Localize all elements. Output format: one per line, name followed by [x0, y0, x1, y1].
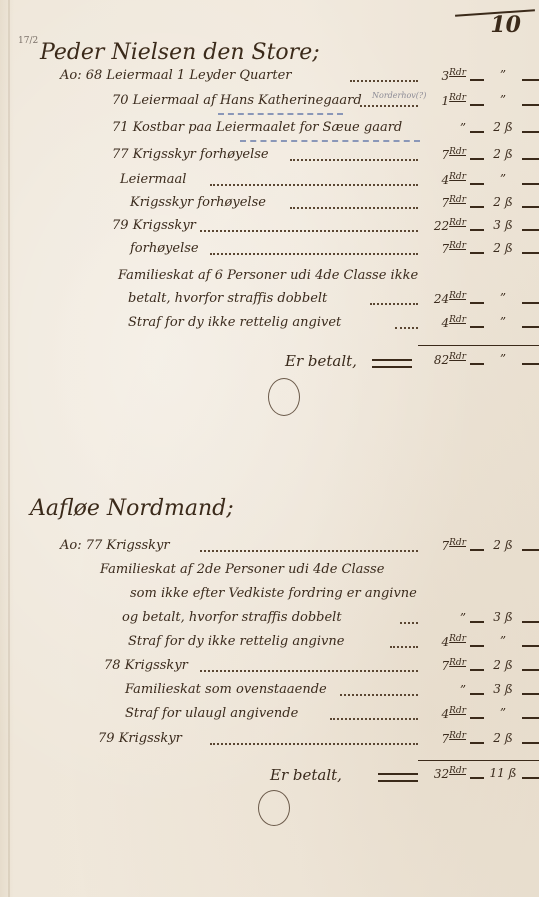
column-dash [522, 621, 539, 623]
entry-rdl: 4Rdr [420, 172, 466, 187]
total-label: Er betalt, [270, 766, 342, 784]
section2-row-2: som ikke efter Vedkiste fordring er angi… [0, 586, 539, 606]
section2-row-4: Straf for dy ikke rettelig angivne 4Rdr … [0, 634, 539, 654]
leader-dots [330, 718, 418, 720]
entry-sk: ” [488, 291, 518, 305]
column-dash [470, 326, 484, 328]
column-dash [522, 777, 539, 779]
manuscript-page: 10 17/2 Peder Nielsen den Store; Norderh… [0, 0, 539, 897]
entry-sk: 3 ß [488, 610, 518, 624]
column-dash [470, 549, 484, 551]
entry-year: Ao: 68 [60, 68, 102, 83]
entry-sk: 2 ß [488, 120, 518, 134]
column-dash [470, 206, 484, 208]
entry-rdl: 7Rdr [420, 658, 466, 673]
leader-dots [200, 670, 418, 672]
leader-dots [370, 303, 418, 305]
column-dash [522, 131, 539, 133]
entry-year: 78 [104, 658, 121, 673]
entry-text: Straf for dy ikke rettelig angivet [128, 315, 341, 330]
entry-text: som ikke efter Vedkiste fordring er angi… [130, 586, 417, 601]
leader-dots [340, 694, 418, 696]
column-dash [470, 131, 484, 133]
entry-rdl: 4Rdr [420, 634, 466, 649]
entry-text: Kostbar paa Leiermaalet for Sæue gaard [133, 120, 403, 135]
column-dash [522, 302, 539, 304]
entry-sk: ” [488, 172, 518, 186]
double-rule [372, 359, 412, 368]
double-rule [378, 773, 418, 782]
leader-dots [395, 327, 418, 329]
entry-sk: ” [488, 68, 518, 82]
entry-text: Krigsskyr [106, 538, 169, 553]
column-dash [470, 621, 484, 623]
entry-sk: ” [488, 93, 518, 107]
entry-year: 70 [112, 93, 129, 108]
leader-dots [210, 184, 418, 186]
entry-text: Straf for dy ikke rettelig angivne [128, 634, 344, 649]
section1-row-1: 70 Leiermaal af Hans Katherinegaard 1Rdr… [0, 93, 539, 113]
column-dash [522, 104, 539, 106]
entry-text: Krigsskyr forhøyelse [133, 147, 269, 162]
column-dash [522, 669, 539, 671]
column-dash [470, 183, 484, 185]
total-sk: 11 ß [488, 766, 518, 780]
entry-text: Familieskat som ovenstaaende [125, 682, 327, 697]
margin-note: 17/2 [18, 36, 38, 46]
entry-rdl: 4Rdr [420, 706, 466, 721]
flourish-loop [258, 790, 290, 826]
section1-row-2: 71 Kostbar paa Leiermaalet for Sæue gaar… [0, 120, 539, 140]
section2-row-5: 78 Krigsskyr 7Rdr 2 ß [0, 658, 539, 678]
total-rdl: 82Rdr [420, 352, 466, 367]
section1-row-3: 77 Krigsskyr forhøyelse 7Rdr 2 ß [0, 147, 539, 167]
leader-dots [400, 622, 418, 624]
entry-sk: 2 ß [488, 658, 518, 672]
section2-row-6: Familieskat som ovenstaaende ” 3 ß [0, 682, 539, 702]
column-dash [522, 252, 539, 254]
entry-text: Krigsskyr [119, 731, 182, 746]
column-dash [522, 742, 539, 744]
column-dash [522, 229, 539, 231]
entry-rdl: 22Rdr [420, 218, 466, 233]
entry-text: Straf for ulaugl angivende [125, 706, 298, 721]
column-dash [522, 79, 539, 81]
entry-rdl: 3Rdr [420, 68, 466, 83]
entry-text: Krigsskyr [125, 658, 188, 673]
leader-dots [350, 80, 418, 82]
entry-sk: 2 ß [488, 147, 518, 161]
column-dash [522, 693, 539, 695]
entry-text: Familieskat af 6 Personer udi 4de Classe… [118, 268, 418, 283]
flourish-loop [268, 378, 300, 416]
section1-row-4: Leiermaal 4Rdr ” [0, 172, 539, 192]
section1-row-7: forhøyelse 7Rdr 2 ß [0, 241, 539, 261]
leader-dots [290, 207, 418, 209]
total-sk: ” [488, 352, 518, 366]
column-dash [522, 363, 539, 365]
entry-text: forhøyelse [130, 241, 199, 256]
entry-rdl: ” [420, 610, 466, 625]
entry-rdl: ” [420, 682, 466, 697]
entry-text: betalt, hvorfor straffis dobbelt [128, 291, 327, 306]
entry-text: Krigsskyr [133, 218, 196, 233]
entry-year: 79 [112, 218, 129, 233]
leader-dots [390, 646, 418, 648]
entry-sk: 3 ß [488, 218, 518, 232]
column-dash [470, 252, 484, 254]
column-dash [522, 206, 539, 208]
entry-rdl: 1Rdr [420, 93, 466, 108]
column-dash [522, 549, 539, 551]
column-dash [470, 669, 484, 671]
entry-year: 79 [98, 731, 115, 746]
section2-total-row: Er betalt, 32Rdr 11 ß [0, 766, 539, 786]
column-dash [522, 717, 539, 719]
column-dash [470, 742, 484, 744]
section2-row-0: Ao: 77 Krigsskyr 7Rdr 2 ß [0, 538, 539, 558]
section1-row-6: 79 Krigsskyr 22Rdr 3 ß [0, 218, 539, 238]
entry-year: 71 [112, 120, 129, 135]
entry-sk: ” [488, 634, 518, 648]
column-dash [522, 645, 539, 647]
column-dash [522, 326, 539, 328]
total-rdl: 32Rdr [420, 766, 466, 781]
total-rule [418, 760, 539, 761]
section2-row-8: 79 Krigsskyr 7Rdr 2 ß [0, 731, 539, 751]
column-dash [522, 158, 539, 160]
section1-row-5: Krigsskyr forhøyelse 7Rdr 2 ß [0, 195, 539, 215]
total-rule [418, 345, 539, 346]
folio-number: 10 [490, 12, 521, 38]
entry-sk: 2 ß [488, 731, 518, 745]
entry-sk: 2 ß [488, 241, 518, 255]
section2-row-7: Straf for ulaugl angivende 4Rdr ” [0, 706, 539, 726]
section1-heading: Peder Nielsen den Store; [40, 40, 320, 65]
entry-text: og betalt, hvorfor straffis dobbelt [122, 610, 342, 625]
column-dash [470, 158, 484, 160]
entry-text: Familieskat af 2de Personer udi 4de Clas… [100, 562, 384, 577]
leader-dots [210, 743, 418, 745]
column-dash [470, 363, 484, 365]
column-dash [470, 302, 484, 304]
entry-year: 77 [112, 147, 129, 162]
section1-row-10: Straf for dy ikke rettelig angivet 4Rdr … [0, 315, 539, 335]
entry-sk: ” [488, 315, 518, 329]
entry-sk: 3 ß [488, 682, 518, 696]
section2-heading: Aafløe Nordmand; [30, 496, 234, 521]
section1-row-8: Familieskat af 6 Personer udi 4de Classe… [0, 268, 539, 288]
leader-dots [200, 230, 418, 232]
leader-dots [210, 253, 418, 255]
leader-dots [290, 159, 418, 161]
entry-text: Leiermaal [120, 172, 186, 187]
column-dash [470, 777, 484, 779]
entry-text: Leiermaal 1 Leyder Quarter [106, 68, 291, 83]
entry-year: Ao: 77 [60, 538, 102, 553]
entry-text: Krigsskyr forhøyelse [130, 195, 266, 210]
entry-rdl: ” [420, 120, 466, 135]
column-dash [470, 645, 484, 647]
entry-rdl: 7Rdr [420, 195, 466, 210]
section1-total-row: Er betalt, 82Rdr ” [0, 352, 539, 372]
entry-rdl: 7Rdr [420, 731, 466, 746]
section2-row-1: Familieskat af 2de Personer udi 4de Clas… [0, 562, 539, 582]
entry-rdl: 4Rdr [420, 315, 466, 330]
blue-underline [218, 113, 343, 115]
entry-rdl: 7Rdr [420, 538, 466, 553]
leader-dots [360, 105, 418, 107]
entry-rdl: 7Rdr [420, 241, 466, 256]
entry-sk: 2 ß [488, 195, 518, 209]
column-dash [470, 717, 484, 719]
leader-dots [200, 550, 418, 552]
entry-rdl: 7Rdr [420, 147, 466, 162]
column-dash [470, 79, 484, 81]
entry-sk: 2 ß [488, 538, 518, 552]
blue-underline [240, 140, 420, 142]
section1-row-9: betalt, hvorfor straffis dobbelt 24Rdr ” [0, 291, 539, 311]
entry-sk: ” [488, 706, 518, 720]
column-dash [522, 183, 539, 185]
column-dash [470, 229, 484, 231]
total-label: Er betalt, [285, 352, 357, 370]
entry-text: Leiermaal af Hans Katherinegaard [133, 93, 362, 108]
column-dash [470, 693, 484, 695]
column-dash [470, 104, 484, 106]
entry-rdl: 24Rdr [420, 291, 466, 306]
section1-row-0: Ao: 68 Leiermaal 1 Leyder Quarter 3Rdr ” [0, 68, 539, 88]
section2-row-3: og betalt, hvorfor straffis dobbelt ” 3 … [0, 610, 539, 630]
